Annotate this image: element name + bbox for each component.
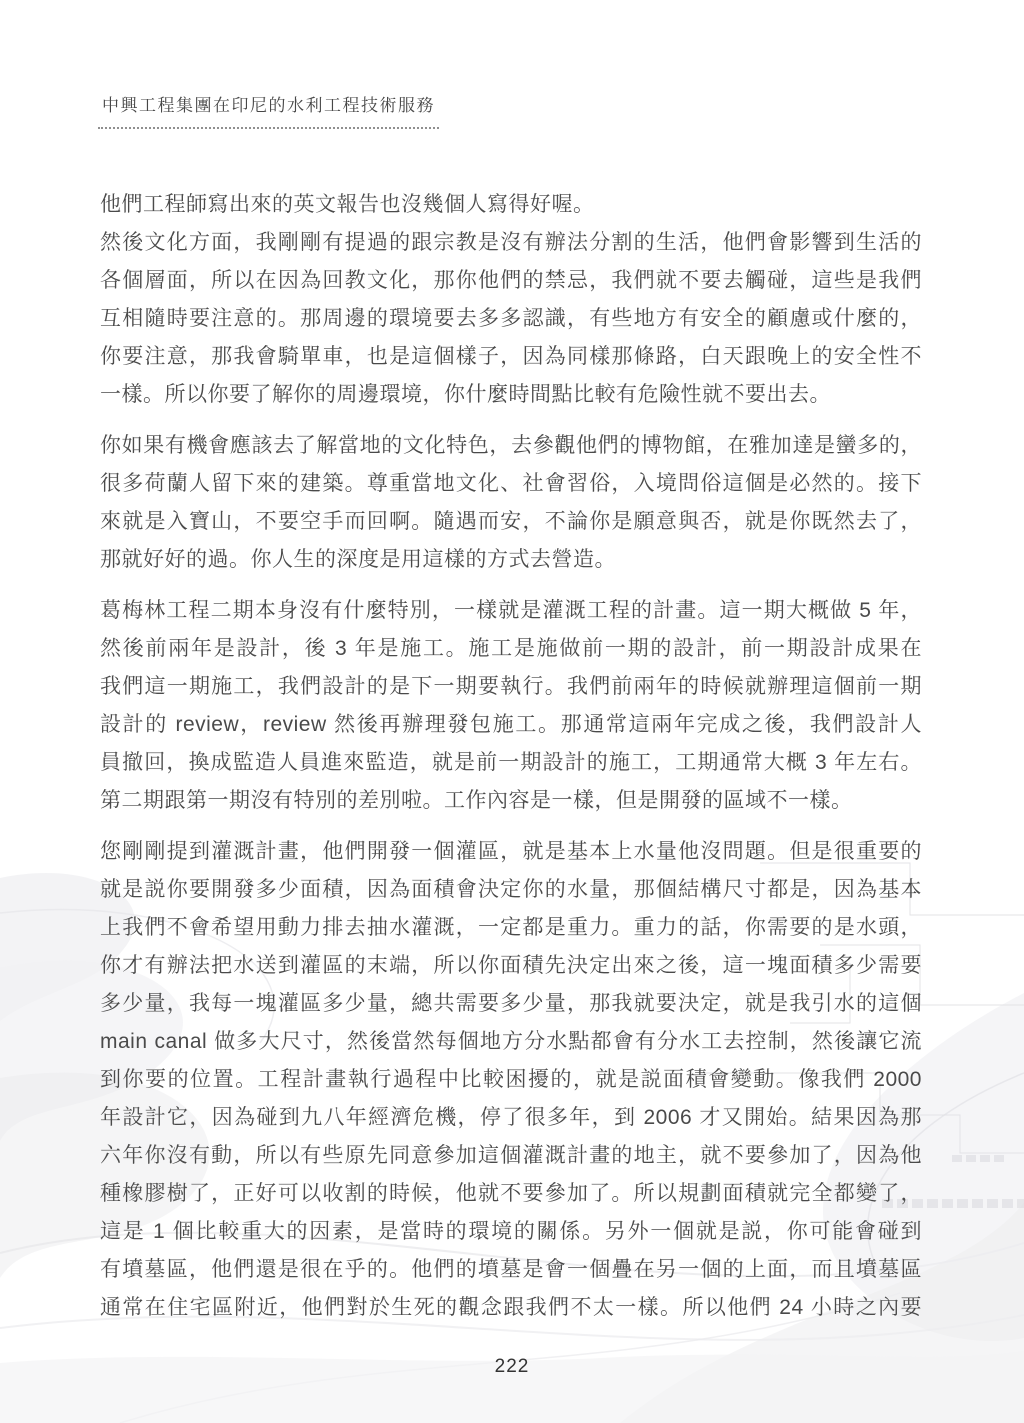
text-line: 種橡膠樹了，正好可以收割的時候，他就不要參加了。所以規劃面積就完全都變了，	[100, 1175, 922, 1213]
paragraph: 您剛剛提到灌溉計畫，他們開發一個灌區，就是基本上水量他沒問題。但是很重要的就是説…	[100, 833, 922, 1327]
text-line: 上我們不會希望用動力排去抽水灌溉，一定都是重力。重力的話，你需要的是水頭，	[100, 909, 922, 947]
text-line: 我們這一期施工，我們設計的是下一期要執行。我們前兩年的時候就辦理這個前一期	[100, 668, 922, 706]
chapter-header-title: 中興工程集團在印尼的水利工程技術服務	[98, 91, 439, 129]
text-line: 你要注意，那我會騎單車，也是這個樣子，因為同樣那條路，白天跟晚上的安全性不	[100, 338, 922, 376]
paragraph: 他們工程師寫出來的英文報告也沒幾個人寫得好喔。然後文化方面，我剛剛有提過的跟宗教…	[100, 186, 922, 414]
text-line: 到你要的位置。工程計畫執行過程中比較困擾的，就是説面積會變動。像我們 2000	[100, 1061, 922, 1099]
text-line: 然後文化方面，我剛剛有提過的跟宗教是沒有辦法分割的生活，他們會影響到生活的	[100, 224, 922, 262]
text-line: 設計的 review，review 然後再辦理發包施工。那通常這兩年完成之後，我…	[100, 706, 922, 744]
text-line: 來就是入寶山，不要空手而回啊。隨遇而安，不論你是願意與否，就是你既然去了，	[100, 503, 922, 541]
text-line: 有墳墓區，他們還是很在乎的。他們的墳墓是會一個疊在另一個的上面，而且墳墓區	[100, 1251, 922, 1289]
text-line: 您剛剛提到灌溉計畫，他們開發一個灌區，就是基本上水量他沒問題。但是很重要的	[100, 833, 922, 871]
text-line: 通常在住宅區附近，他們對於生死的觀念跟我們不太一樣。所以他們 24 小時之內要	[100, 1289, 922, 1327]
text-line: 各個層面，所以在因為回教文化，那你他們的禁忌，我們就不要去觸碰，這些是我們	[100, 262, 922, 300]
text-line: 六年你沒有動，所以有些原先同意參加這個灌溉計畫的地主，就不要參加了，因為他	[100, 1137, 922, 1175]
text-line: 那就好好的過。你人生的深度是用這樣的方式去營造。	[100, 541, 922, 579]
text-line: 葛梅林工程二期本身沒有什麼特別，一樣就是灌溉工程的計畫。這一期大概做 5 年，	[100, 592, 922, 630]
text-line: 你如果有機會應該去了解當地的文化特色，去參觀他們的博物館，在雅加達是蠻多的，	[100, 427, 922, 465]
text-line: 員撤回，換成監造人員進來監造，就是前一期設計的施工，工期通常大概 3 年左右。	[100, 744, 922, 782]
book-page: { "header": { "title": "中興工程集團在印尼的水利工程技術…	[0, 0, 1024, 1423]
body-text: 他們工程師寫出來的英文報告也沒幾個人寫得好喔。然後文化方面，我剛剛有提過的跟宗教…	[100, 186, 922, 1327]
text-line: 就是説你要開發多少面積，因為面積會決定你的水量，那個結構尺寸都是，因為基本	[100, 871, 922, 909]
text-line: 年設計它，因為碰到九八年經濟危機，停了很多年，到 2006 才又開始。結果因為那…	[100, 1099, 922, 1137]
text-line: 一樣。所以你要了解你的周邊環境，你什麼時間點比較有危險性就不要出去。	[100, 376, 922, 414]
text-line: 他們工程師寫出來的英文報告也沒幾個人寫得好喔。	[100, 186, 922, 224]
text-line: main canal 做多大尺寸，然後當然每個地方分水點都會有分水工去控制，然後…	[100, 1023, 922, 1061]
paragraph: 葛梅林工程二期本身沒有什麼特別，一樣就是灌溉工程的計畫。這一期大概做 5 年，然…	[100, 592, 922, 820]
text-line: 互相隨時要注意的。那周邊的環境要去多多認識，有些地方有安全的顧慮或什麼的，	[100, 300, 922, 338]
text-line: 第二期跟第一期沒有特別的差別啦。工作內容是一樣，但是開發的區域不一樣。	[100, 782, 922, 820]
text-line: 多少量，我每一塊灌區多少量，總共需要多少量，那我就要決定，就是我引水的這個	[100, 985, 922, 1023]
text-line: 很多荷蘭人留下來的建築。尊重當地文化、社會習俗，入境問俗這個是必然的。接下	[100, 465, 922, 503]
text-line: 你才有辦法把水送到灌區的末端，所以你面積先決定出來之後，這一塊面積多少需要	[100, 947, 922, 985]
text-line: 然後前兩年是設計，後 3 年是施工。施工是施做前一期的設計，前一期設計成果在	[100, 630, 922, 668]
text-line: 這是 1 個比較重大的因素，是當時的環境的關係。另外一個就是説，你可能會碰到	[100, 1213, 922, 1251]
page-number: 222	[0, 1356, 1024, 1378]
paragraph: 你如果有機會應該去了解當地的文化特色，去參觀他們的博物館，在雅加達是蠻多的，很多…	[100, 427, 922, 579]
